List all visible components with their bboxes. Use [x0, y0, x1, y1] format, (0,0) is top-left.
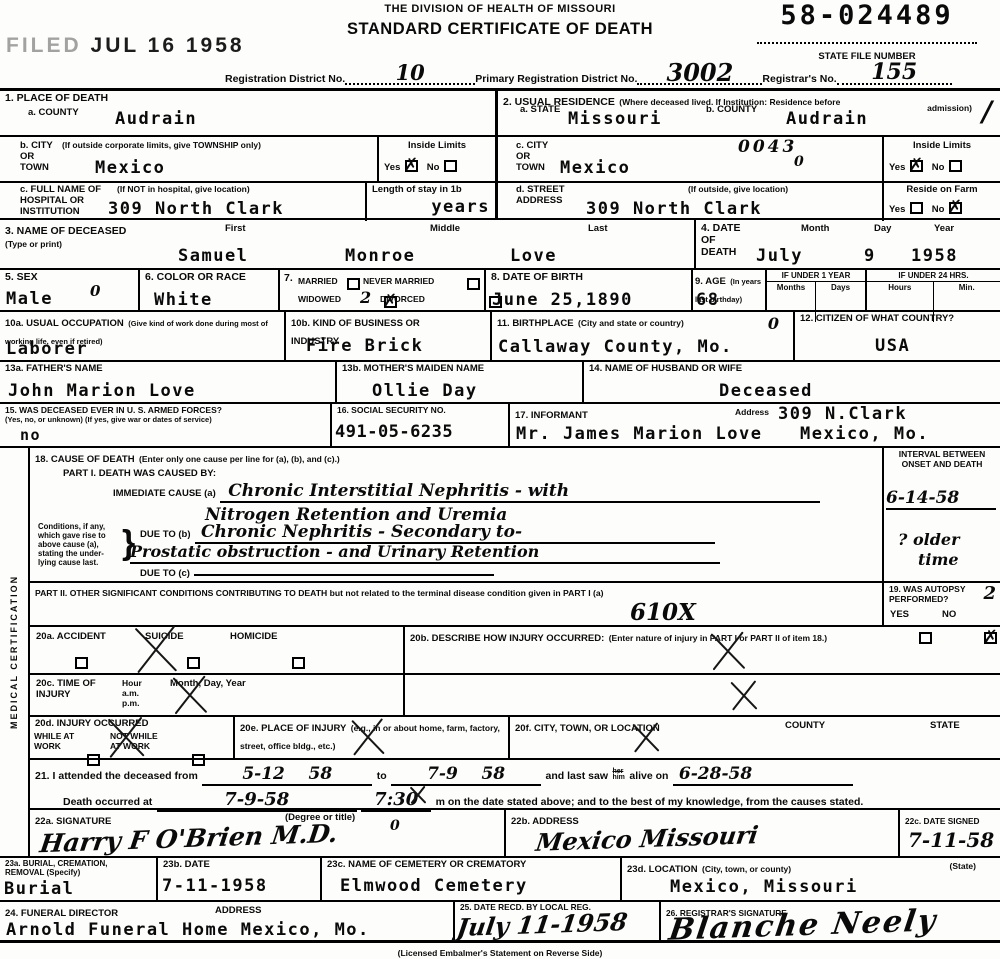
injury-occurred-label: 20d. INJURY OCCURRED [35, 718, 228, 729]
footer-note-row: (Licensed Embalmer's Statement on Revers… [0, 940, 1000, 959]
burial-date-value: 7-11-1958 [162, 876, 268, 896]
no-label-3: No [932, 204, 945, 215]
him-label: him [612, 775, 624, 781]
section-20d-injury-occurred: 20d. INJURY OCCURRED WHILE AT WORK NOT W… [30, 717, 235, 759]
section-22b-address: 22b. ADDRESS Mexico Missouri [506, 810, 900, 856]
state-file-number-label: STATE FILE NUMBER [752, 51, 982, 62]
section-20a-accident: 20a. ACCIDENT SUICIDE HOMICIDE [30, 627, 405, 673]
dob-label: 8. DATE OF BIRTH [491, 271, 686, 283]
funeral-director-label: 24. FUNERAL DIRECTOR [5, 908, 118, 919]
section-spouse-name: 14. NAME OF HUSBAND OR WIFE Deceased [584, 362, 1000, 402]
section-part2: PART II. OTHER SIGNIFICANT CONDITIONS CO… [30, 583, 882, 625]
under24-label: IF UNDER 24 HRS. [867, 270, 1000, 282]
armed-label: 15. WAS DECEASED EVER IN U. S. ARMED FOR… [5, 405, 325, 415]
registrar-no-label: Registrar's No. [762, 73, 836, 85]
dob-value: June 25,1890 [492, 290, 633, 310]
race-label: 6. COLOR OR RACE [145, 271, 273, 283]
cause-title-hint: (Enter only one cause per line for (a), … [139, 454, 340, 464]
inside-limits-box-1: Inside Limits Yes ✗ No [377, 137, 495, 181]
checkbox-inside-limits-no-1 [444, 160, 457, 172]
hospital-label: c. FULL NAME OF HOSPITAL OR INSTITUTION [20, 184, 101, 218]
sex-label: 5. SEX [5, 271, 133, 283]
father-value: John Marion Love [8, 381, 196, 401]
inside-limits-box-2: Inside Limits Yes ✗ No [882, 137, 1000, 181]
informant-label: 17. INFORMANT [515, 410, 588, 421]
death-month-value: July [756, 246, 803, 266]
section-20e-place-of-injury: 20e. PLACE OF INJURY (e.g., in or about … [235, 717, 510, 759]
section-informant: 17. INFORMANT Address 309 N.Clark Mr. Ja… [510, 404, 1000, 446]
cause-b-line1: Chronic Nephritis - Secondary to- [201, 522, 522, 542]
birthplace-code: 0 [768, 314, 779, 333]
section-armed-forces: 15. WAS DECEASED EVER IN U. S. ARMED FOR… [0, 404, 332, 446]
interval-a-value: 6-14-58 [886, 488, 959, 508]
section-autopsy: 19. WAS AUTOPSY PERFORMED? 2 YES NO ✗ [882, 583, 1000, 625]
checkbox-farm-yes [910, 202, 923, 214]
section-if-under-1-year: IF UNDER 1 YEAR Months Days [767, 270, 867, 310]
state-value: Missouri [568, 109, 662, 129]
section-name-of-deceased: 3. NAME OF DECEASED (Type or print) Firs… [0, 220, 696, 268]
primary-district-value: 3002 [637, 63, 762, 85]
married-label: MARRIED [298, 276, 338, 286]
autopsy-code: 2 [983, 583, 996, 604]
mother-value: Ollie Day [372, 381, 478, 401]
section-22a-signature: 22a. SIGNATURE (Degree or title) Harry F… [30, 810, 506, 856]
cross-out-mark [725, 679, 761, 713]
burial-value: Burial [4, 879, 74, 899]
interval-label: INTERVAL BETWEEN ONSET AND DEATH [889, 449, 995, 469]
death-hour-value: 7:30 [374, 789, 418, 810]
funeral-address-label: ADDRESS [215, 905, 261, 916]
mother-label: 13b. MOTHER'S MAIDEN NAME [342, 363, 577, 374]
never-married-label: NEVER MARRIED [363, 276, 434, 286]
section-23d-location: 23d. LOCATION (City, town, or county) (S… [622, 858, 1000, 900]
section-industry: 10b. KIND OF BUSINESS OR INDUSTRY Fire B… [286, 312, 492, 360]
street-label: d. STREET ADDRESS [516, 184, 565, 206]
checkbox-accident [75, 657, 88, 669]
widowed-code: 2 [360, 288, 371, 307]
injury-city-label: 20f. CITY, TOWN, OR LOCATION [515, 723, 660, 734]
conditions-note: Conditions, if any, which gave rise to a… [38, 522, 106, 567]
section-citizen: 12. CITIZEN OF WHAT COUNTRY? USA [795, 312, 1000, 360]
part2-value: 610X [630, 599, 696, 626]
section-20f-location: 20f. CITY, TOWN, OR LOCATION COUNTY STAT… [510, 717, 1000, 759]
section-24-funeral-director: 24. FUNERAL DIRECTOR ADDRESS Arnold Fune… [0, 902, 455, 940]
race-value: White [154, 290, 213, 310]
city-value: Mexico [95, 158, 165, 178]
injury-state-label: STATE [930, 720, 960, 731]
describe-label: 20b. DESCRIBE HOW INJURY OCCURRED: [410, 633, 604, 644]
section-father-name: 13a. FATHER'S NAME John Marion Love [0, 362, 337, 402]
reg-district-label: Registration District No. [225, 73, 345, 85]
no-label: No [427, 162, 440, 173]
citizen-value: USA [875, 336, 910, 356]
checkbox-never-married [467, 278, 480, 290]
cause-title: 18. CAUSE OF DEATH [35, 454, 135, 465]
location-state-hint: (State) [950, 861, 976, 871]
state-file-number: 58-024489 [752, 0, 982, 31]
accident-label: 20a. ACCIDENT [36, 631, 106, 642]
residence-city-value: Mexico [560, 158, 630, 178]
registrar-no-value: 155 [837, 63, 952, 85]
month-label: Month [801, 223, 830, 234]
first-label: First [225, 223, 246, 234]
alive-on-label: alive on [629, 770, 668, 782]
time-of-injury-label: 20c. TIME OF INJURY [36, 678, 96, 700]
cause-a-line1: Chronic Interstitial Nephritis - with [228, 481, 569, 501]
slash-mark: / [982, 95, 992, 128]
date-signed-value: 7-11-58 [908, 828, 994, 852]
father-label: 13a. FATHER'S NAME [5, 363, 330, 374]
last-saw-value: 6-28-58 [679, 764, 752, 784]
checkbox-inside-limits-no-2 [949, 160, 962, 172]
attended-label: 21. I attended the deceased from [35, 770, 198, 782]
checkbox-farm-no: ✗ [949, 202, 962, 214]
checkbox-inside-limits-yes-2: ✗ [910, 160, 923, 172]
interval-column: INTERVAL BETWEEN ONSET AND DEATH 6-14-58… [882, 448, 1000, 581]
cemetery-label: 23c. NAME OF CEMETERY OR CREMATORY [327, 859, 615, 870]
residence-county-label: b. COUNTY [706, 104, 757, 115]
hospital-value: 309 North Clark [108, 199, 284, 219]
checkbox-married [347, 278, 360, 290]
divorced-label: DIVORCED [380, 294, 425, 304]
sex-value: Male [6, 289, 53, 309]
city-hint: (If outside corporate limits, give TOWNS… [62, 140, 352, 150]
section-date-of-birth: 8. DATE OF BIRTH June 25,1890 [486, 270, 693, 310]
section-23c-cemetery: 23c. NAME OF CEMETERY OR CREMATORY Elmwo… [322, 858, 622, 900]
reside-on-farm-box: Reside on Farm Yes No ✗ [882, 183, 1000, 221]
place-of-injury-label: 20e. PLACE OF INJURY [240, 723, 346, 734]
attended-from-value: 5-12 58 [242, 764, 332, 784]
spouse-label: 14. NAME OF HUSBAND OR WIFE [589, 363, 995, 374]
street-hint: (If outside, give location) [688, 184, 788, 194]
death-occurred-label: Death occurred at [63, 796, 152, 808]
section-23b-date: 23b. DATE 7-11-1958 [158, 858, 322, 900]
not-while-at-work-label: NOT WHILE AT WORK [110, 731, 158, 751]
hour-am-pm-label: Hour a.m. p.m. [122, 678, 142, 708]
section-22c-date-signed: 22c. DATE SIGNED 7-11-58 [900, 810, 1000, 856]
armed-value: no [20, 426, 41, 444]
stay-value: years [372, 197, 490, 217]
reg-district-value: 10 [345, 64, 475, 85]
section-26-registrar-signature: 26. REGISTRAR'S SIGNATURE Blanche Neely [661, 902, 1000, 940]
birthplace-hint: (City and state or country) [578, 318, 684, 328]
to-label: to [377, 770, 387, 782]
street-value: 309 North Clark [586, 199, 762, 219]
date-received-value: July 11-1958 [455, 907, 629, 942]
last-label: Last [588, 223, 608, 234]
industry-value: Fire Brick [306, 336, 423, 356]
location-label: 23d. LOCATION [627, 864, 698, 875]
immediate-cause-label: IMMEDIATE CAUSE (a) [113, 488, 216, 499]
hospital-hint: (If NOT in hospital, give location) [117, 184, 250, 194]
due-to-c-label: DUE TO (c) [140, 568, 190, 579]
yes-label-3: Yes [889, 204, 905, 215]
cemetery-value: Elmwood Cemetery [340, 876, 528, 896]
section-sex: 5. SEX Male 0 [0, 270, 140, 310]
attended-to-value: 7-9 58 [427, 764, 505, 784]
interval-b-line1: ? older [898, 530, 960, 549]
interval-b-line2: time [918, 550, 959, 569]
autopsy-label: 19. WAS AUTOPSY PERFORMED? [889, 584, 995, 604]
under1-label: IF UNDER 1 YEAR [767, 270, 865, 282]
signature-code: 0 [390, 818, 400, 834]
check-mark: ✗ [948, 197, 962, 217]
inside-limits-label-2: Inside Limits [889, 140, 995, 151]
farm-label: Reside on Farm [889, 184, 995, 195]
occupation-value: Laborer [6, 339, 88, 359]
informant-address-label: Address [735, 407, 769, 417]
city-label: b. CITY OR TOWN [20, 140, 53, 174]
describe-hint: (Enter nature of injury in PART I or PAR… [609, 633, 827, 643]
marital-label: 7. [284, 272, 293, 284]
death-year-value: 1958 [911, 246, 958, 266]
last-saw-label: and last saw [546, 770, 608, 782]
section-birthplace: 11. BIRTHPLACE (City and state or countr… [492, 312, 795, 360]
section-20b-describe: 20b. DESCRIBE HOW INJURY OCCURRED: (Ente… [405, 627, 1000, 673]
city-code: 0043 [738, 137, 797, 157]
while-at-work-label: WHILE AT WORK [34, 731, 74, 751]
closing-statement: m on the date stated above; and to the b… [436, 796, 864, 808]
section-place-of-death: 1. PLACE OF DEATH a. COUNTY Audrain b. C… [0, 91, 498, 218]
autopsy-no-label: NO [942, 609, 956, 620]
middle-name-value: Monroe [345, 246, 415, 266]
location-value: Mexico, Missouri [670, 877, 858, 897]
part2-label: PART II. OTHER SIGNIFICANT CONDITIONS CO… [35, 588, 845, 598]
suicide-label: SUICIDE [145, 631, 184, 642]
year-label: Year [934, 223, 954, 234]
certifier-address-value: Mexico Missouri [534, 820, 760, 857]
registration-line: Registration District No. 10 Primary Reg… [225, 63, 996, 85]
header: FILED JUL 16 1958 THE DIVISION OF HEALTH… [0, 0, 1000, 88]
injury-county-label: COUNTY [785, 720, 825, 731]
section-23a-burial: 23a. BURIAL, CREMATION, REMOVAL (Specify… [0, 858, 158, 900]
occupation-label: 10a. USUAL OCCUPATION [5, 318, 124, 329]
checkbox-inside-limits-yes-1: ✗ [405, 160, 418, 172]
ssn-value: 491-05-6235 [335, 422, 453, 442]
section-ssn: 16. SOCIAL SECURITY NO. 491-05-6235 [332, 404, 510, 446]
month-day-year-label: Month, Day, Year [170, 678, 246, 689]
cause-b-line2: Prostatic obstruction - and Urinary Rete… [130, 542, 539, 561]
footer-note: (Licensed Embalmer's Statement on Revers… [398, 948, 603, 958]
funeral-director-value: Arnold Funeral Home Mexico, Mo. [6, 920, 370, 940]
certifier-address-label: 22b. ADDRESS [511, 816, 579, 827]
death-certificate-document: FILED JUL 16 1958 THE DIVISION OF HEALTH… [0, 0, 1000, 959]
autopsy-yes-label: YES [890, 609, 909, 620]
usual-residence-hint2: admission) [927, 103, 972, 113]
inside-limits-label-1: Inside Limits [384, 140, 490, 151]
sex-code: 0 [90, 282, 100, 300]
place-of-death-title: 1. PLACE OF DEATH [5, 92, 490, 104]
stay-label: Length of stay in 1b [372, 184, 490, 195]
medical-certification-label: MEDICAL CERTIFICATION [0, 448, 28, 856]
section-21-attendance: 21. I attended the deceased from 5-12 58… [30, 758, 1000, 808]
part1-label: PART I. DEATH WAS CAUSED BY: [63, 468, 877, 479]
check-mark: ✗ [404, 155, 418, 175]
length-of-stay-box: Length of stay in 1b years [365, 183, 495, 221]
checkbox-homicide [292, 657, 305, 669]
last-name-value: Love [510, 246, 557, 266]
section-mother-name: 13b. MOTHER'S MAIDEN NAME Ollie Day [337, 362, 584, 402]
section-cause-of-death: 18. CAUSE OF DEATH (Enter only one cause… [30, 448, 882, 581]
birthplace-value: Callaway County, Mo. [498, 337, 733, 357]
section-usual-residence: 2. USUAL RESIDENCE (Where deceased lived… [498, 91, 1000, 218]
residence-city-label: c. CITY OR TOWN [516, 140, 548, 174]
medical-certification-strip: MEDICAL CERTIFICATION [0, 448, 30, 856]
check-mark: ✗ [909, 155, 923, 175]
homicide-label: HOMICIDE [230, 631, 278, 642]
day-label: Day [874, 223, 891, 234]
signature-label: 22a. SIGNATURE [35, 816, 111, 827]
informant-address-value: 309 N.Clark [778, 404, 907, 424]
section-occupation: 10a. USUAL OCCUPATION (Give kind of work… [0, 312, 286, 360]
section-date-of-death: 4. DATE OF DEATH Month Day Year July 9 1… [696, 220, 1000, 268]
primary-district-label: Primary Registration District No. [475, 73, 637, 85]
section-25-date-received: 25. DATE RECD. BY LOCAL REG. July 11-195… [455, 902, 661, 940]
date-signed-label: 22c. DATE SIGNED [905, 816, 980, 826]
state-label: a. STATE [520, 104, 560, 115]
due-to-b-label: DUE TO (b) [140, 529, 191, 540]
yes-label-2: Yes [889, 162, 905, 173]
death-date-value: 7-9-58 [224, 789, 289, 810]
ssn-label: 16. SOCIAL SECURITY NO. [337, 405, 503, 415]
checkbox-suicide [187, 657, 200, 669]
death-day-value: 9 [864, 246, 876, 266]
age-label: 9. AGE [695, 276, 726, 287]
first-name-value: Samuel [178, 246, 248, 266]
citizen-label: 12. CITIZEN OF WHAT COUNTRY? [800, 313, 995, 324]
residence-county-value: Audrain [786, 109, 868, 129]
county-value: Audrain [115, 109, 197, 129]
name-label: 3. NAME OF DECEASED [5, 225, 126, 237]
armed-hint: (Yes, no, or unknown) (If yes, give war … [5, 415, 325, 424]
location-hint: (City, town, or county) [702, 864, 791, 874]
burial-label: 23a. BURIAL, CREMATION, REMOVAL (Specify… [5, 859, 151, 878]
no-label-2: No [932, 162, 945, 173]
section-age: 9. AGE (In years last birthday) 68 [693, 270, 767, 310]
informant-address-value-2: Mexico, Mo. [800, 424, 929, 444]
date-of-death-label: 4. DATE OF DEATH [701, 222, 740, 258]
informant-value: Mr. James Marion Love [516, 424, 762, 444]
burial-date-label: 23b. DATE [163, 859, 315, 870]
widowed-label: WIDOWED [298, 294, 341, 304]
section-20c-time-of-injury: 20c. TIME OF INJURY Hour a.m. p.m. Month… [30, 675, 405, 715]
section-color-or-race: 6. COLOR OR RACE White [140, 270, 280, 310]
section-marital-status: 7. MARRIED NEVER MARRIED WIDOWED ✗ 2 DIV… [280, 270, 486, 310]
section-if-under-24-hrs: IF UNDER 24 HRS. Hours Min. [867, 270, 1000, 310]
yes-label: Yes [384, 162, 400, 173]
county-label: a. COUNTY [28, 107, 79, 118]
middle-label: Middle [430, 223, 460, 234]
city-code-2: 0 [794, 154, 804, 170]
spouse-value: Deceased [719, 381, 813, 401]
birthplace-label: 11. BIRTHPLACE [497, 318, 574, 329]
age-value: 68 [696, 290, 719, 310]
section-20c-value [405, 675, 1000, 715]
